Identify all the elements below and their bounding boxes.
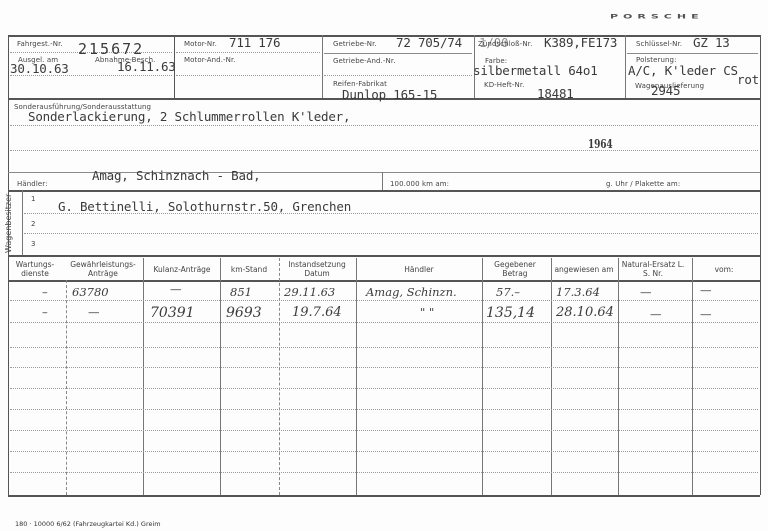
col-natural-ersatz: Natural-Ersatz L. S. Nr. [619, 260, 687, 278]
row-rule [10, 388, 758, 389]
col-angewiesen: angewiesen am [550, 265, 618, 274]
r1-wartung: – [42, 285, 48, 299]
dotted-rule [24, 233, 758, 234]
col-instandsetzung: Instandsetzung Datum [280, 260, 354, 278]
motor-value: 711 176 [229, 35, 280, 50]
getriebe-value: 72 705/74 [396, 35, 462, 50]
r2-natural: — [650, 307, 662, 321]
km-100000-label: 100.000 km am: [390, 180, 449, 188]
kd-heft-label: KD-Heft-Nr. [484, 81, 525, 89]
col-km-stand: km-Stand [220, 265, 278, 274]
dotted-rule [324, 75, 472, 76]
owner-num-2: 2 [31, 220, 35, 228]
col-divider [143, 258, 144, 495]
card-right-border [760, 35, 761, 495]
zuendschloss-value: K389,FE173 [544, 35, 617, 50]
row-rule [10, 430, 758, 431]
getriebe-aend-label: Getriebe-And.-Nr. [333, 57, 396, 65]
col-haendler: Händler [356, 265, 482, 274]
r1-km: 851 [230, 285, 252, 299]
r2-betrag: 135,14 [486, 305, 535, 321]
haendler-label: Händler: [17, 180, 48, 188]
col-betrag: Gegebener Betrag [482, 260, 548, 278]
col-gewaehrleistung: Gewährleistungs- Anträge [62, 260, 144, 278]
fahrgestell-label: Fahrgest.-Nr. [17, 40, 63, 48]
dotted-rule [24, 213, 758, 214]
owner-1-value: G. Bettinelli, Solothurnstr.50, Grenchen [58, 199, 351, 214]
zuendschloss-overtype: 1/00 [479, 35, 508, 50]
col-vom: vom: [688, 265, 760, 274]
dotted-rule [176, 52, 320, 53]
col-divider [482, 258, 483, 495]
col-divider [279, 258, 280, 495]
r1-angewiesen: 17.3.64 [556, 285, 600, 299]
kd-heft-value: 18481 [537, 86, 574, 101]
col-wartungsdienste: Wartungs- dienste [8, 260, 62, 278]
r2-vom: — [700, 307, 712, 321]
row-rule [10, 367, 758, 368]
schluessel-label: Schlüssel-Nr. [636, 40, 682, 48]
col-divider [692, 258, 693, 495]
r2-angewiesen: 28.10.64 [556, 305, 614, 320]
r2-km: 9693 [226, 305, 262, 321]
motor-label: Motor-Nr. [184, 40, 217, 48]
r2-haendler: " " [420, 305, 434, 319]
col-kulanz: Kulanz-Anträge [144, 265, 220, 274]
r2-kulanz: 70391 [150, 305, 195, 321]
row-rule [10, 409, 758, 410]
owner-num-3: 3 [31, 240, 35, 248]
r1-datum: 29.11.63 [284, 285, 335, 299]
form-print-code: 180 · 10000 6/62 (Fahrzeugkartei Kd.) Gr… [15, 520, 161, 528]
ausgel-value: 30.10.63 [10, 61, 69, 76]
table-bottom-rule [8, 495, 760, 497]
r1-vom: — [700, 283, 712, 297]
r2-wartung: – [42, 305, 48, 319]
polsterung-value-2: rot [737, 72, 759, 87]
getriebe-label: Getriebe-Nr. [333, 40, 377, 48]
r1-betrag: 57.– [496, 285, 520, 299]
year-stamp: 1964 [588, 137, 612, 151]
divider [382, 172, 383, 190]
rule [627, 53, 758, 54]
abnahme-value: 16.11.63 [117, 59, 176, 74]
r1-gewaehrleistung: 63780 [72, 285, 109, 299]
r1-kulanz: — [170, 282, 182, 296]
motor-aend-label: Motor-And.-Nr. [184, 56, 236, 64]
row-rule [10, 322, 758, 323]
uhr-plakette-label: g. Uhr / Plakette am: [606, 180, 680, 188]
vehicle-record-card: PORSCHE Fahrgest.-Nr. 215672 Ausgel. am … [0, 0, 768, 531]
col-divider [220, 258, 221, 495]
dotted-rule [10, 125, 758, 126]
row-rule [10, 472, 758, 473]
table-header-rule [8, 280, 760, 282]
r1-haendler: Amag, Schinzn. [366, 285, 457, 299]
col-divider [618, 258, 619, 495]
schluessel-value: GZ 13 [693, 35, 730, 50]
row-rule [10, 347, 758, 348]
wagenauslieferung-value: 2945 [651, 83, 680, 98]
col-divider [356, 258, 357, 495]
row-rule [10, 300, 758, 301]
dotted-rule [10, 150, 758, 151]
divider [22, 190, 23, 255]
rule [324, 53, 472, 54]
header-divider-4 [625, 35, 626, 98]
porsche-logo: PORSCHE [610, 13, 704, 20]
haendler-value: Amag, Schinznach - Bad, [92, 168, 261, 183]
header-divider-2 [322, 35, 323, 98]
rule [8, 190, 760, 192]
rule [8, 255, 760, 257]
farbe-value: silbermetall 64o1 [473, 63, 598, 78]
r2-gewaehrleistung: — [88, 305, 100, 319]
reifen-value: Dunlop 165-15 [342, 87, 437, 102]
r2-datum: 19.7.64 [292, 305, 342, 320]
r1-natural: — [640, 285, 652, 299]
dotted-rule [176, 75, 320, 76]
row-rule [10, 451, 758, 452]
sonder-value: Sonderlackierung, 2 Schlummerrollen K'le… [28, 109, 350, 124]
wagenbesitzer-label: Wagenbesitzer [4, 194, 13, 253]
col-divider [551, 258, 552, 495]
header-top-rule [8, 35, 760, 37]
polsterung-value: A/C, K'leder CS [628, 63, 738, 78]
owner-num-1: 1 [31, 195, 35, 203]
